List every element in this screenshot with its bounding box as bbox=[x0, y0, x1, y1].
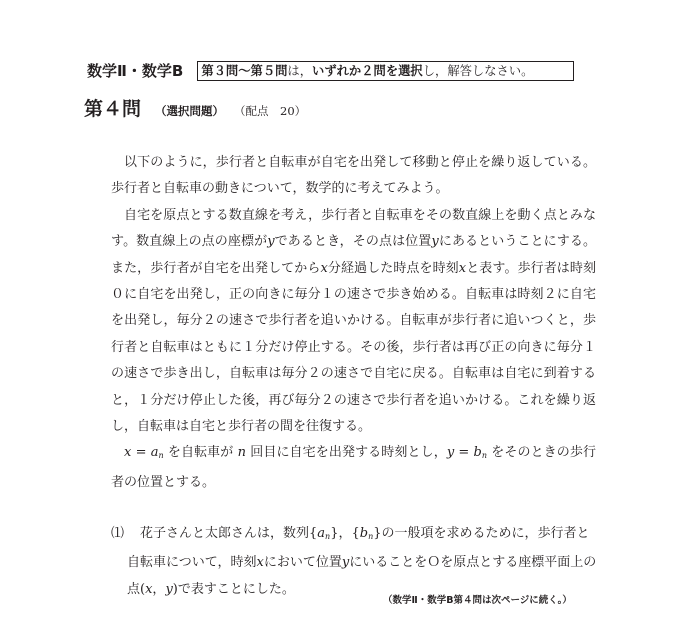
question-header: 第４問 （選択問題） （配点 20） bbox=[84, 94, 306, 121]
text: と表す。歩行者は時刻０に自宅を出発し，正の向きに毎分１の速さで歩き始める。自転車… bbox=[111, 261, 596, 434]
instruction-normal-2: し，解答しなさい。 bbox=[423, 64, 534, 78]
var-y: y bbox=[431, 234, 438, 249]
text: 分経過した時点を時刻 bbox=[328, 261, 459, 276]
problem-statement: 以下のように，歩行者と自転車が自宅を出発して移動と停止を繰り返している。歩行者と… bbox=[111, 150, 596, 496]
text: ， bbox=[152, 582, 165, 597]
var-n: n bbox=[238, 445, 246, 460]
sub-question-1: ⑴ 花子さんと太郎さんは，数列{an}，{bn}の一般項を求めるために，歩行者と… bbox=[111, 521, 599, 603]
text: を自転車が bbox=[164, 445, 238, 460]
var-b: b bbox=[360, 526, 368, 541]
question-number: 第４問 bbox=[84, 94, 141, 121]
var-y: y bbox=[267, 234, 274, 249]
paragraph-setup: 自宅を原点とする数直線を考え，歩行者と自転車をその数直線上を動く点とみなす。数直… bbox=[111, 203, 596, 441]
subject-title: 数学Ⅱ・数学B bbox=[87, 60, 183, 81]
text: 回目に自宅を出発する時刻とし， bbox=[246, 445, 447, 460]
equals-a: = a bbox=[131, 445, 158, 460]
text: )で表すことにした。 bbox=[173, 582, 295, 597]
var-x: x bbox=[320, 261, 327, 276]
continuation-note: （数学Ⅱ・数学B第４問は次ページに続く。） bbox=[383, 592, 572, 606]
text: であるとき，その点は位置 bbox=[275, 234, 432, 249]
instruction-bold-1: 第３問～第５問 bbox=[201, 64, 287, 78]
instruction-bold-2: いずれか２問を選択 bbox=[312, 64, 423, 78]
subject-header: 数学Ⅱ・数学B 第３問～第５問は，いずれか２問を選択し，解答しなさい。 bbox=[87, 60, 574, 81]
equals-b: = b bbox=[454, 445, 482, 460]
question-points: （配点 20） bbox=[234, 103, 306, 119]
instruction-normal-1: は， bbox=[287, 64, 312, 78]
var-y: y bbox=[165, 582, 172, 597]
var-a: a bbox=[317, 526, 325, 541]
paragraph-intro: 以下のように，歩行者と自転車が自宅を出発して移動と停止を繰り返している。歩行者と… bbox=[111, 150, 596, 203]
text: 花子さんと太郎さんは，数列{ bbox=[140, 526, 317, 541]
sub-question-text: 花子さんと太郎さんは，数列{an}，{bn}の一般項を求めるために，歩行者と自転… bbox=[111, 521, 599, 603]
text: において位置 bbox=[264, 555, 342, 570]
paragraph-definition: x = an を自転車が n 回目に自宅を出発する時刻とし，y = bn をその… bbox=[111, 440, 596, 496]
text: }，{ bbox=[330, 526, 360, 541]
question-type: （選択問題） bbox=[155, 103, 224, 119]
var-x: x bbox=[256, 555, 263, 570]
instruction-box: 第３問～第５問は，いずれか２問を選択し，解答しなさい。 bbox=[197, 61, 574, 81]
sub-question-label: ⑴ bbox=[111, 521, 124, 547]
